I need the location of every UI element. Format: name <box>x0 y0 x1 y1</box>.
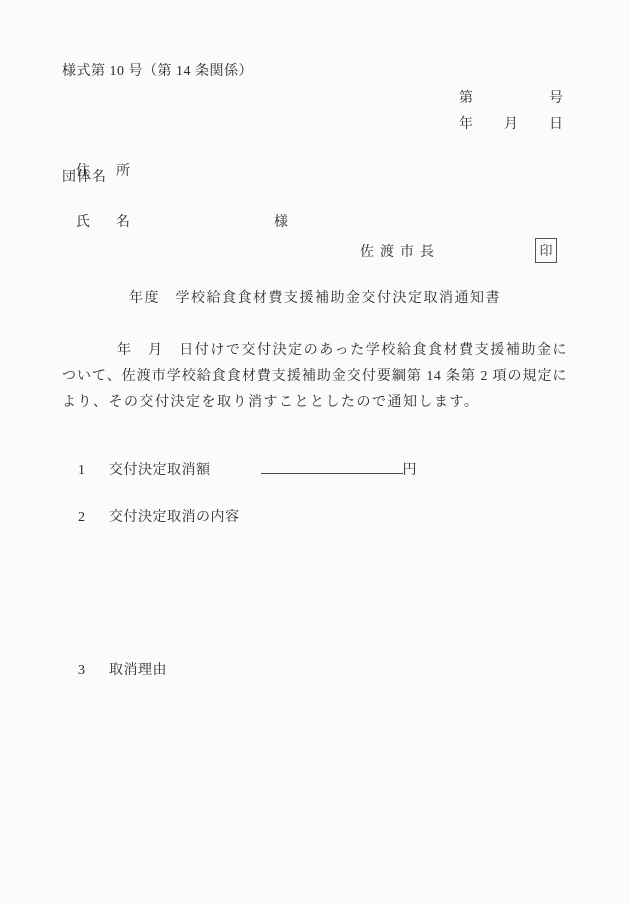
document-page: 様式第 10 号（第 14 条関係） 第 号 年 月 日 住所 団体名 氏名様 … <box>0 0 630 903</box>
name-label-char2: 名 <box>116 215 130 230</box>
item-3-number: 3 <box>78 661 109 681</box>
item-cancellation-details: 2交付決定取消の内容 <box>62 488 240 548</box>
date-month-label: 月 <box>504 115 518 135</box>
doc-number-suffix: 号 <box>549 89 563 109</box>
item-1-label: 交付決定取消額 <box>109 463 211 478</box>
body-paragraph: 年 月 日付けで交付決定のあった学校給食食材費支援補助金に ついて、佐渡市学校給… <box>62 338 567 416</box>
recipient-name-line: 氏名様 <box>62 193 288 253</box>
seal-placeholder-box: 印 <box>535 238 557 263</box>
item-2-label: 交付決定取消の内容 <box>109 510 240 525</box>
recipient-org-label: 団体名 <box>62 168 107 188</box>
seal-mark: 印 <box>539 244 552 257</box>
item-3-label: 取消理由 <box>109 663 167 678</box>
form-number: 様式第 10 号（第 14 条関係） <box>62 62 253 82</box>
amount-blank-field <box>261 473 403 474</box>
body-line-2: ついて、佐渡市学校給食食材費支援補助金交付要綱第 14 条第 2 項の規定に <box>62 364 567 390</box>
item-2-number: 2 <box>78 508 109 528</box>
item-1-number: 1 <box>78 461 109 481</box>
date-day-label: 日 <box>549 115 563 135</box>
date-year-label: 年 <box>459 115 473 135</box>
body-line-3: より、その交付決定を取り消すこととしたので通知します。 <box>62 390 567 416</box>
issuer-title: 佐渡市長 <box>360 243 440 263</box>
name-label-char1: 氏 <box>76 215 90 230</box>
body-line-1: 年 月 日付けで交付決定のあった学校給食食材費支援補助金に <box>62 338 567 364</box>
date-line: 年 月 日 <box>459 115 563 135</box>
document-title: 年度 学校給食食材費支援補助金交付決定取消通知書 <box>0 289 630 309</box>
document-number-line: 第 号 <box>459 89 563 109</box>
doc-number-prefix: 第 <box>459 89 473 109</box>
address-label-char2: 所 <box>116 164 130 179</box>
item-cancellation-reason: 3取消理由 <box>62 641 167 701</box>
item-1-unit: 円 <box>403 463 418 478</box>
honorific-label: 様 <box>274 215 288 230</box>
